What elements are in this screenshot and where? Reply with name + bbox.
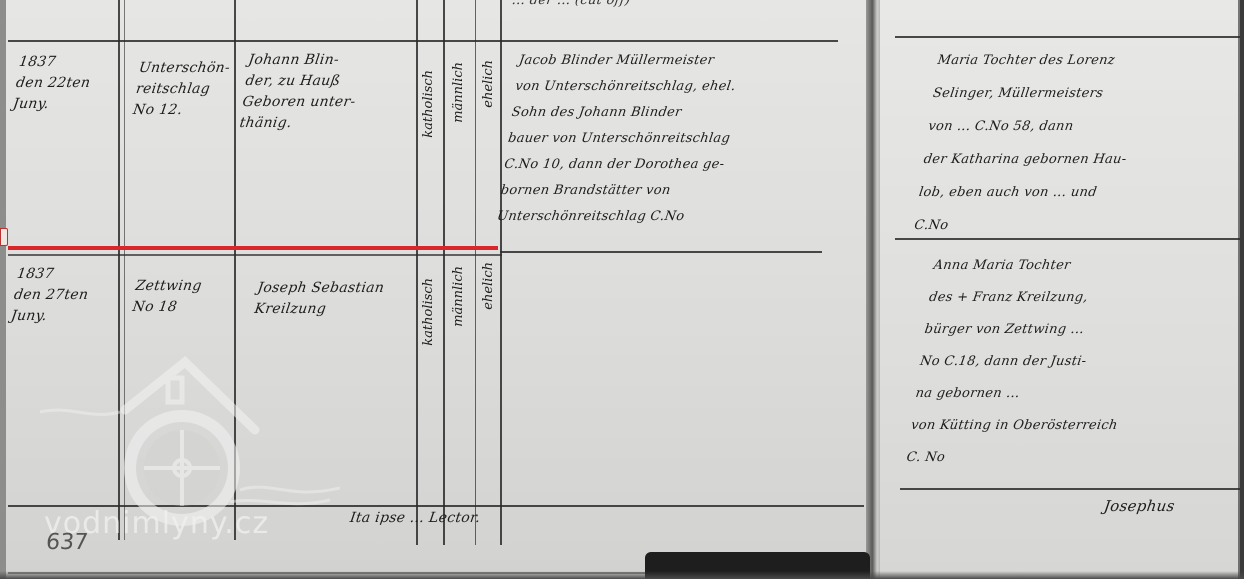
red-highlight-line (8, 246, 498, 250)
bottom-shadow (0, 571, 1244, 579)
entry-2-child-name: Joseph Sebastian Kreilzung (253, 278, 385, 320)
column-rule (500, 0, 502, 545)
page-border (1238, 0, 1240, 579)
row-rule (900, 488, 1240, 490)
column-rule (475, 0, 476, 545)
row-rule (408, 40, 838, 42)
row-rule (8, 254, 502, 256)
footer-annotation: Ita ipse ... Lector. (349, 508, 482, 529)
entry-2-religion: katholisch (421, 278, 436, 346)
cutoff-text: ... der ... (cut off) (511, 0, 632, 10)
column-rule (416, 0, 418, 545)
entry-1-place: Unterschön- reitschlag No 12. (132, 58, 232, 121)
entry-2-place: Zettwing No 18 (131, 276, 203, 318)
entry-1-sex: männlich (451, 62, 466, 123)
page-number: 637 (45, 530, 90, 555)
entry-2-mother: Anna Maria Tochter des + Franz Kreilzung… (904, 250, 1142, 474)
entry-1-religion: katholisch (421, 70, 436, 138)
entry-2-legitimacy: ehelich (481, 262, 496, 310)
row-rule (500, 251, 822, 253)
entry-1-legitimacy: ehelich (481, 60, 496, 108)
signature: Josephus (1103, 496, 1177, 517)
row-rule (8, 40, 408, 42)
marker-tab (0, 228, 8, 246)
row-rule (895, 36, 1240, 38)
entry-2-sex: männlich (451, 266, 466, 327)
column-rule (443, 0, 445, 545)
entry-1-mother: Maria Tochter des Lorenz Selinger, Mülle… (912, 44, 1143, 242)
entry-1-date: 1837 den 22ten Juny. (12, 52, 95, 115)
entry-1-father: Jacob Blinder Müllermeister von Untersch… (495, 48, 743, 230)
entry-1-child-name: Johann Blin- der, zu Hauß Geboren unter-… (238, 50, 363, 134)
entry-2-date: 1837 den 27ten Juny. (10, 264, 93, 327)
